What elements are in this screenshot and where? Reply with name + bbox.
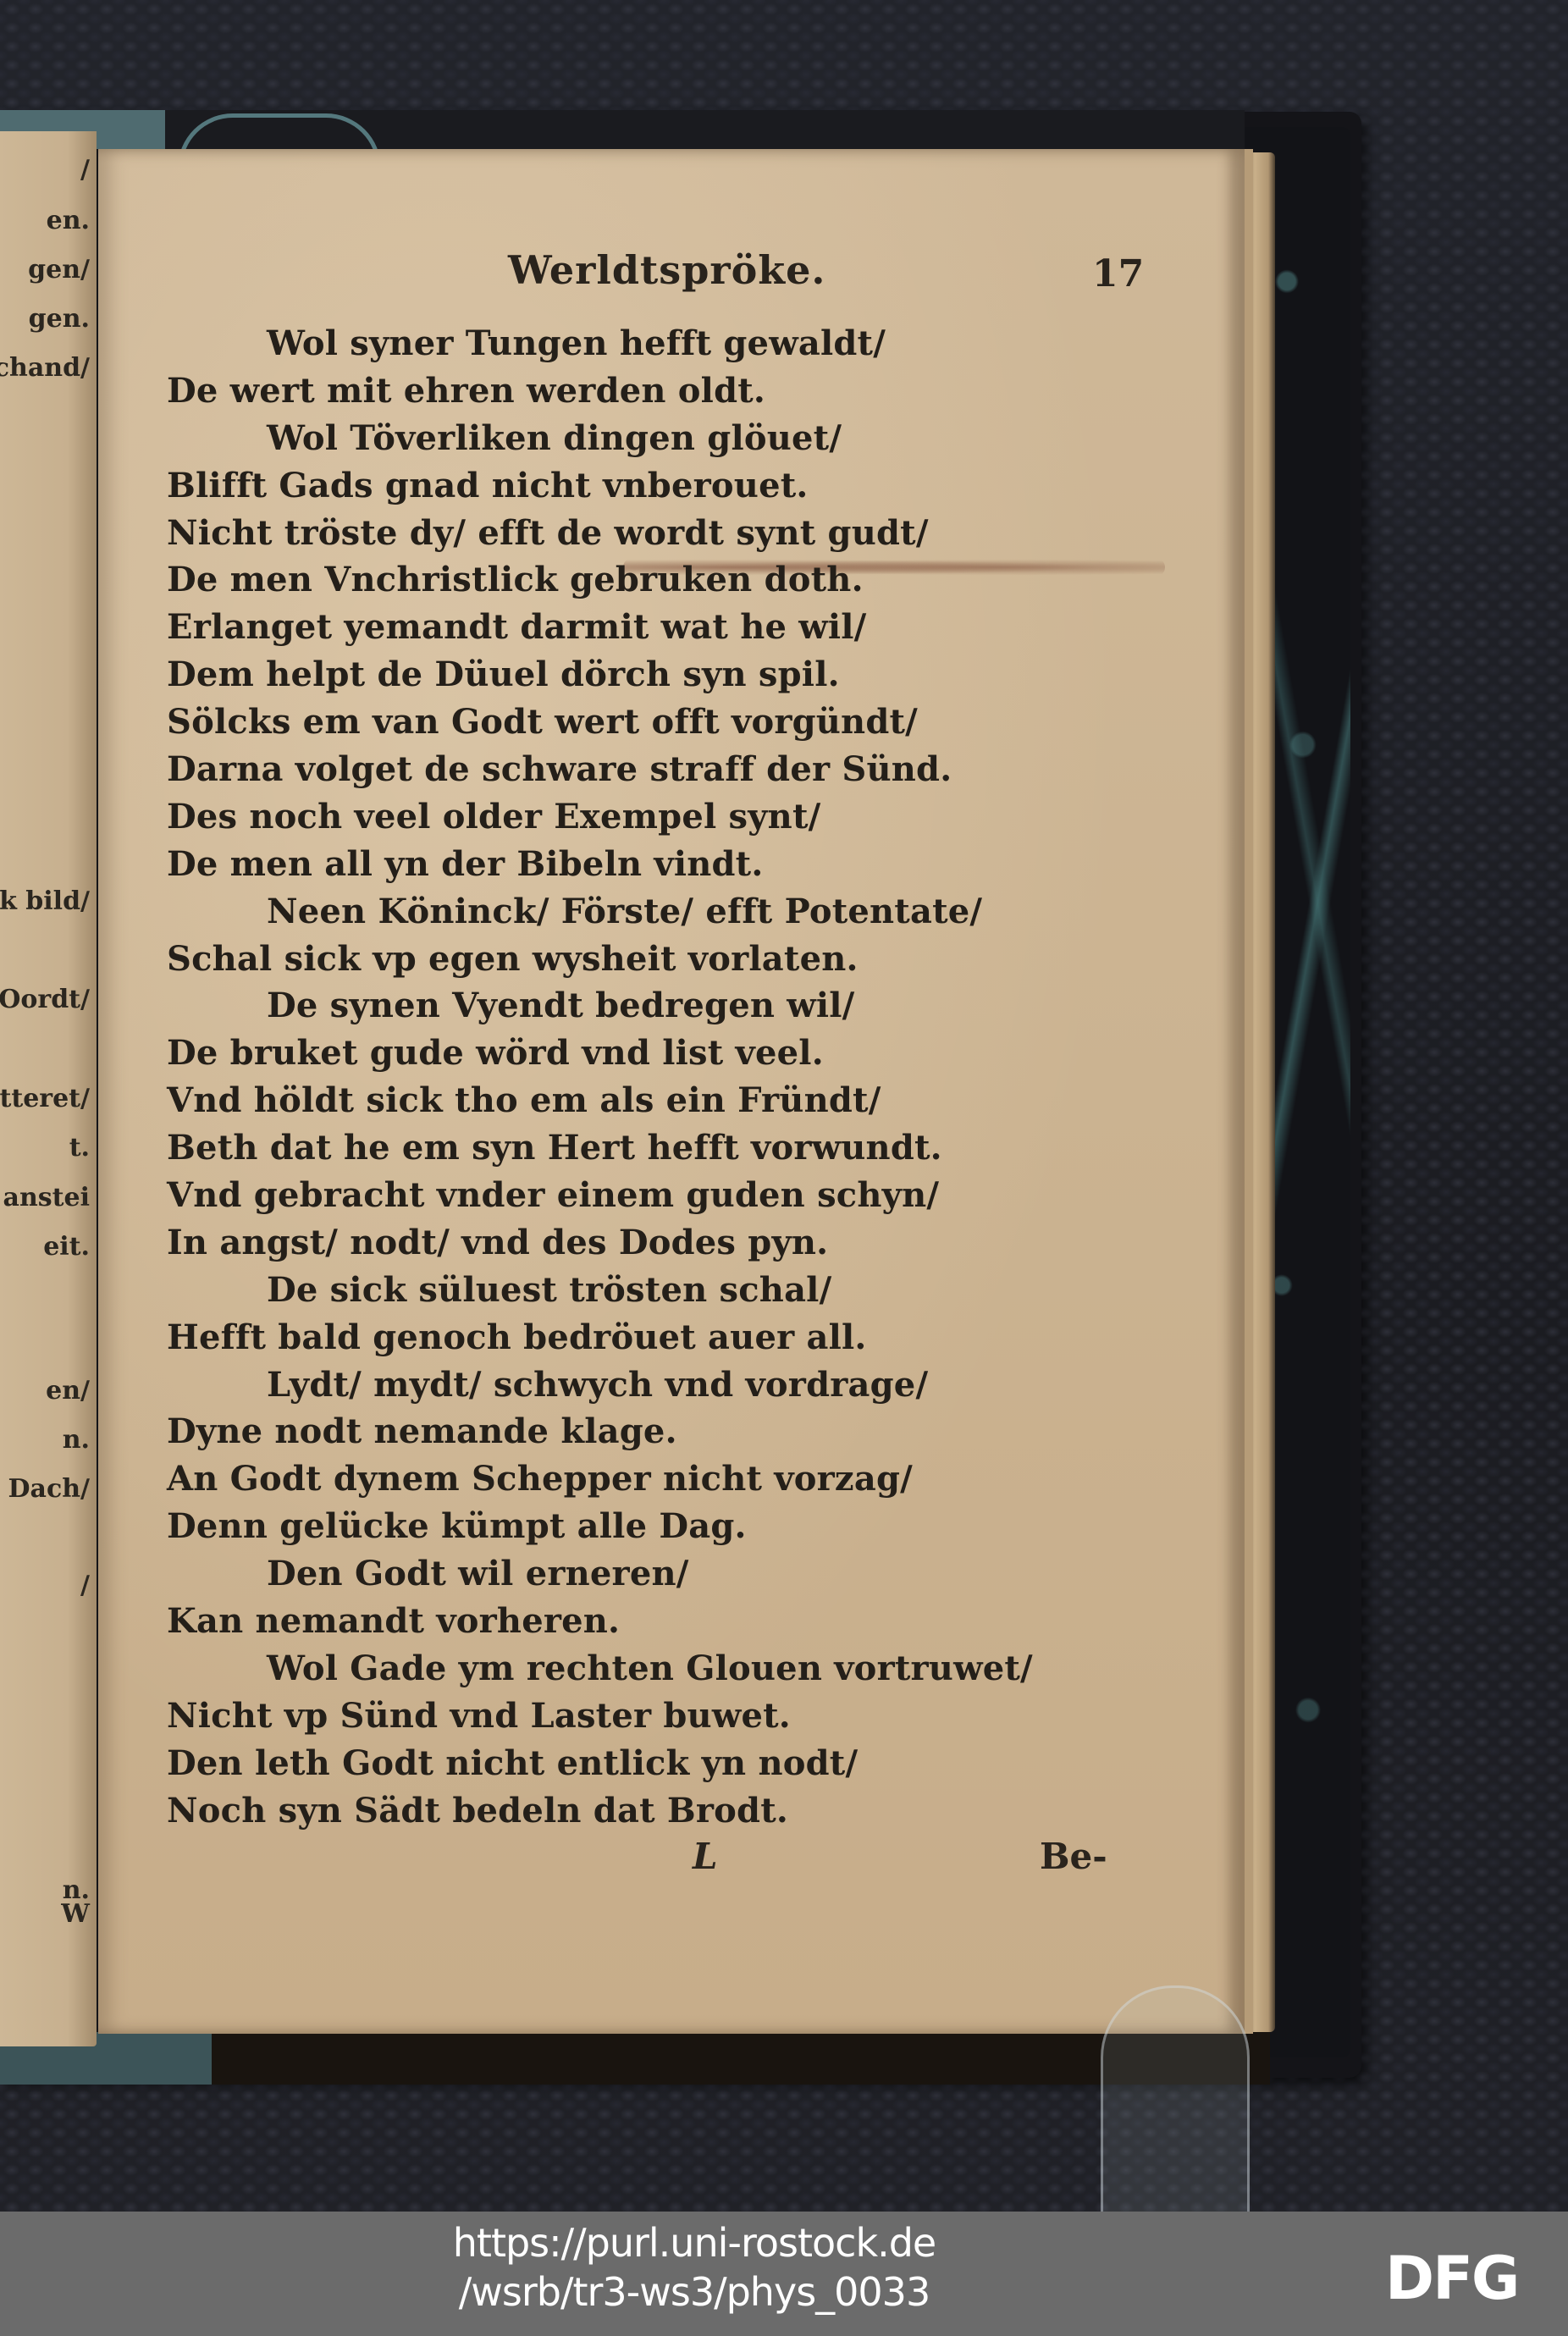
verse-line: Vnd gebracht vnder einem guden schyn/ bbox=[167, 1172, 1033, 1219]
left-page-text-fragment: en. bbox=[47, 206, 90, 235]
verse-line: Sölcks em van Godt wert offt vorgündt/ bbox=[167, 699, 1033, 746]
verse-line: Des noch veel older Exempel synt/ bbox=[167, 793, 1033, 841]
signature-mark: L bbox=[693, 1836, 718, 1877]
verse-line: Hefft bald genoch bedröuet auer all. bbox=[167, 1314, 1033, 1361]
page-number: 17 bbox=[1092, 252, 1144, 295]
verse-line: De wert mit ehren werden oldt. bbox=[167, 367, 1033, 415]
left-page-text-fragment: orbitteret/ bbox=[0, 1084, 90, 1113]
running-header: Werldtspröke. bbox=[508, 247, 825, 293]
left-page-text-fragment: n. bbox=[63, 1425, 90, 1455]
verse-text: Wol syner Tungen hefft gewaldt/De wert m… bbox=[167, 320, 1033, 1835]
verse-line: Den leth Godt nicht entlick yn nodt/ bbox=[167, 1740, 1033, 1787]
verse-line: Dyne nodt nemande klage. bbox=[167, 1408, 1033, 1455]
verse-line: Neen Köninck/ Förste/ efft Potentate/ bbox=[167, 888, 1033, 936]
left-page-text-fragment: eit. bbox=[43, 1232, 90, 1262]
verse-line: Denn gelücke kümpt alle Dag. bbox=[167, 1503, 1033, 1550]
verse-line: Wol Gade ym rechten Glouen vortruwet/ bbox=[167, 1645, 1033, 1693]
left-page-text-fragment: t. bbox=[69, 1133, 90, 1162]
left-page-text-fragment: en/ bbox=[46, 1376, 90, 1405]
verse-line: Kan nemandt vorheren. bbox=[167, 1598, 1033, 1645]
dfg-logo: DFG bbox=[1385, 2249, 1518, 2308]
left-page-text-fragment: / bbox=[80, 155, 90, 185]
left-page-text-fragment: ck bild/ bbox=[0, 886, 90, 916]
verse-line: Noch syn Sädt bedeln dat Brodt. bbox=[167, 1787, 1033, 1835]
book-spine-top bbox=[0, 110, 1245, 149]
verse-line: Wol syner Tungen hefft gewaldt/ bbox=[167, 320, 1033, 367]
left-page-text-fragment: gen. bbox=[29, 304, 90, 334]
verse-line: Lydt/ mydt/ schwych vnd vordrage/ bbox=[167, 1361, 1033, 1409]
verse-line: Darna volget de schware straff der Sünd. bbox=[167, 746, 1033, 793]
verse-line: In angst/ nodt/ vnd des Dodes pyn. bbox=[167, 1219, 1033, 1267]
verse-line: De bruket gude wörd vnd list veel. bbox=[167, 1030, 1033, 1077]
permalink-line-1[interactable]: https://purl.uni-rostock.de bbox=[0, 2220, 1389, 2266]
verse-line: Dem helpt de Düuel dörch syn spil. bbox=[167, 651, 1033, 699]
left-page-text-fragment: W bbox=[61, 1899, 90, 1929]
verse-line: Beth dat he em syn Hert hefft vorwundt. bbox=[167, 1124, 1033, 1172]
left-page-text-fragment: Dach/ bbox=[8, 1474, 91, 1504]
footer-bar: https://purl.uni-rostock.de /wsrb/tr3-ws… bbox=[0, 2212, 1568, 2336]
left-page-text-fragment: / bbox=[80, 1571, 90, 1600]
transparent-page-holder bbox=[1101, 1985, 1250, 2214]
verse-line: De men all yn der Bibeln vindt. bbox=[167, 841, 1033, 888]
left-page-text-fragment: gen/ bbox=[28, 255, 90, 284]
verse-line: Erlanget yemandt darmit wat he wil/ bbox=[167, 604, 1033, 651]
left-page-text-fragment: chand/ bbox=[0, 353, 90, 383]
left-page-text-fragment: vol anstei bbox=[0, 1183, 90, 1212]
verse-line: Blifft Gads gnad nicht vnberouet. bbox=[167, 462, 1033, 510]
verse-line: An Godt dynem Schepper nicht vorzag/ bbox=[167, 1455, 1033, 1503]
book-spine-bottom bbox=[0, 2032, 1270, 2085]
verse-line: De sick süluest trösten schal/ bbox=[167, 1267, 1033, 1314]
left-page-text-fragment: Oordt/ bbox=[0, 985, 90, 1014]
verse-line: Nicht tröste dy/ efft de wordt synt gudt… bbox=[167, 510, 1033, 557]
verse-line: De synen Vyendt bedregen wil/ bbox=[167, 982, 1033, 1030]
left-page: /en.gen/gen.chand/ck bild/Oordt/orbitter… bbox=[0, 131, 97, 2046]
catchword: Be- bbox=[1040, 1836, 1107, 1877]
verse-line: Vnd höldt sick tho em als ein Fründt/ bbox=[167, 1077, 1033, 1124]
verse-line: Den Godt wil erneren/ bbox=[167, 1550, 1033, 1598]
verse-line: Schal sick vp egen wysheit vorlaten. bbox=[167, 936, 1033, 983]
permalink-line-2[interactable]: /wsrb/tr3-ws3/phys_0033 bbox=[0, 2269, 1389, 2315]
verse-line: De men Vnchristlick gebruken doth. bbox=[167, 556, 1033, 604]
verse-line: Nicht vp Sünd vnd Laster buwet. bbox=[167, 1693, 1033, 1740]
verse-line: Wol Töverliken dingen glöuet/ bbox=[167, 415, 1033, 462]
